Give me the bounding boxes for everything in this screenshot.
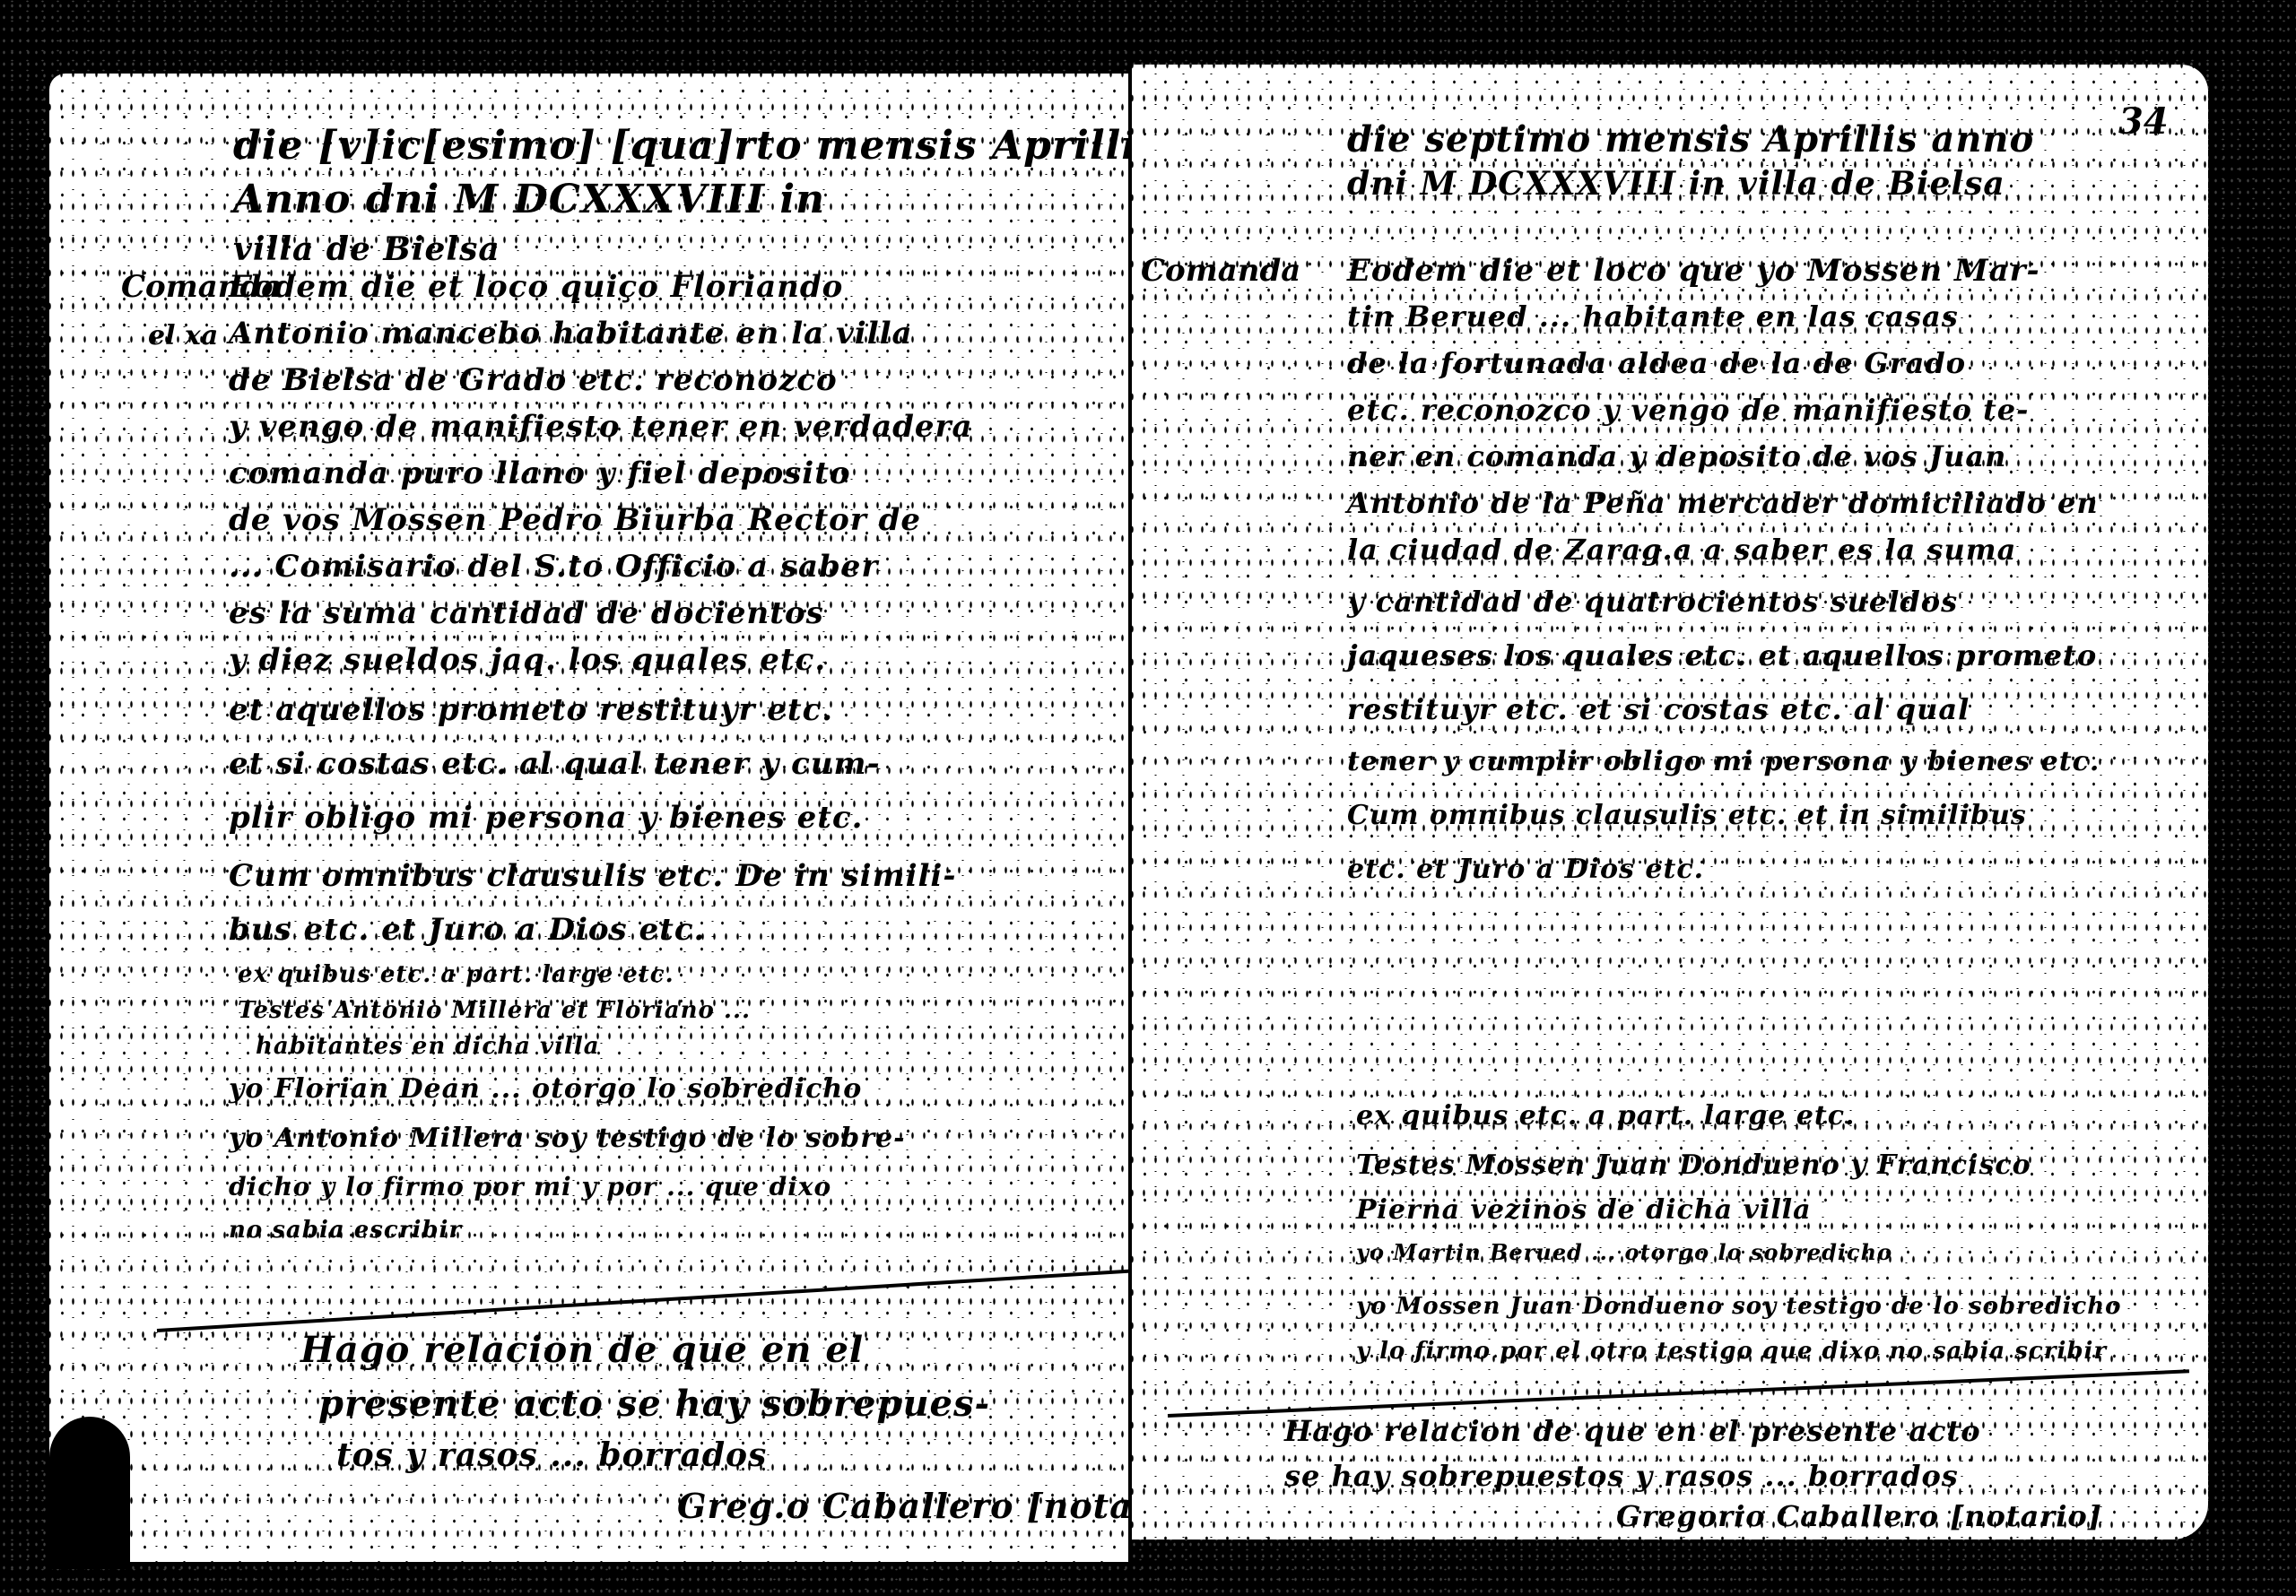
- body-line: etc. et Juro a Dios etc.: [1347, 854, 1704, 885]
- witness-line: Testes Antonio Millera et Floriano ...: [238, 997, 751, 1024]
- body-line: de vos Mossen Pedro Biurba Rector de: [229, 502, 921, 538]
- body-line: Antonio mancebo habitante en la villa: [229, 316, 913, 351]
- heading-line: Anno dni M DCXXXVIII in: [233, 177, 825, 222]
- witness-line: yo Florian Dean ... otorgo lo sobredicho: [229, 1073, 862, 1105]
- witness-line: Pierna vezinos de dicha villa: [1356, 1194, 1812, 1226]
- body-line: etc. reconozco y vengo de manifiesto te-: [1347, 393, 2029, 427]
- notary-signature: Gregorio Caballero [notario]: [1616, 1499, 2102, 1533]
- heading-line: dni M DCXXXVIII in villa de Bielsa: [1347, 165, 2005, 203]
- witness-line: no sabia escribir: [229, 1217, 462, 1244]
- body-line: Cum omnibus clausulis etc. De in simili-: [229, 858, 956, 894]
- body-line: restituyr etc. et si costas etc. al qual: [1347, 692, 1970, 726]
- separator-rule: [1168, 1369, 2189, 1418]
- witness-line: y lo firmo por el otro testigo que dixo …: [1356, 1338, 2107, 1365]
- body-line: comanda puro llano y fiel deposito: [229, 455, 851, 491]
- heading-line: villa de Bielsa: [233, 230, 500, 268]
- body-line: Cum omnibus clausulis etc. et in similib…: [1347, 800, 2027, 831]
- body-line: ... Comisario del S.to Officio a saber: [229, 549, 878, 585]
- body-line: et aquellos prometo restituyr etc.: [229, 692, 833, 728]
- notary-note-line: Hago relacion de que en el presente acto: [1284, 1414, 1981, 1448]
- left-page: Comanda el xa die [v]ic[esimo] [qua]rto …: [49, 74, 1130, 1562]
- body-line: Eodem die et loco quiço Floriando: [229, 269, 843, 305]
- body-line: Antonio de la Peña mercader domiciliado …: [1347, 486, 2099, 520]
- body-line: de Bielsa de Grado etc. reconozco: [229, 362, 838, 398]
- body-line: jaqueses los quales etc. et aquellos pro…: [1347, 638, 2097, 672]
- right-page: 34 Comanda die septimo mensis Aprillis a…: [1132, 65, 2208, 1540]
- body-line: et si costas etc. al qual tener y cum-: [229, 746, 881, 782]
- body-line: tener y cumplir obligo mi persona y bien…: [1347, 746, 2100, 777]
- notary-note-line: se hay sobrepuestos y rasos ... borrados: [1284, 1459, 1959, 1493]
- witness-line: ex quibus etc. a part. large etc.: [238, 961, 674, 988]
- heading-line: die [v]ic[esimo] [qua]rto mensis Aprilli…: [233, 123, 1130, 169]
- page-corner-tab: [49, 1417, 130, 1569]
- witness-line: yo Mossen Juan Dondueno soy testigo de l…: [1356, 1293, 2121, 1320]
- witness-line: yo Antonio Millera soy testigo de lo sob…: [229, 1123, 906, 1154]
- notary-note-line: tos y rasos ... borrados: [336, 1436, 767, 1474]
- witness-line: habitantes en dicha villa: [256, 1033, 600, 1060]
- folio-number: 34: [2118, 100, 2169, 143]
- body-line: y vengo de manifiesto tener en verdadera: [229, 409, 973, 445]
- body-line: la ciudad de Zarag.a a saber es la suma: [1347, 533, 2016, 567]
- body-line: tin Berued ... habitante en las casas: [1347, 299, 1959, 334]
- notary-note-line: Hago relacion de que en el: [300, 1329, 864, 1371]
- body-line: y diez sueldos jaq. los quales etc.: [229, 642, 826, 678]
- body-line: de la fortunada aldea de la de Grado: [1347, 346, 1966, 380]
- body-line: y cantidad de quatrocientos sueldos: [1347, 585, 1958, 619]
- witness-line: dicho y lo firmo por mi y por ... que di…: [229, 1172, 831, 1201]
- witness-line: Testes Mossen Juan Dondueno y Francisco: [1356, 1149, 2031, 1181]
- heading-line: die septimo mensis Aprillis anno: [1347, 118, 2034, 160]
- body-line: ner en comanda y deposito de vos Juan: [1347, 439, 2006, 473]
- notary-note-line: presente acto se hay sobrepues-: [318, 1383, 990, 1425]
- margin-note-sub: el xa: [148, 320, 218, 351]
- witness-line: ex quibus etc. a part. large etc.: [1356, 1100, 1855, 1132]
- body-line: plir obligo mi persona y bienes etc.: [229, 800, 864, 836]
- body-line: bus etc. et Juro a Dios etc.: [229, 912, 705, 948]
- notary-signature: Greg.o Caballero [notario]: [677, 1486, 1130, 1526]
- witness-line: yo Martin Berued ... otorgo lo sobredich…: [1356, 1239, 1892, 1265]
- body-line: es la suma cantidad de docientos: [229, 595, 824, 631]
- separator-rule: [157, 1269, 1130, 1332]
- margin-note-comanda: Comanda: [1141, 253, 1300, 289]
- body-line: Eodem die et loco que yo Mossen Mar-: [1347, 253, 2040, 289]
